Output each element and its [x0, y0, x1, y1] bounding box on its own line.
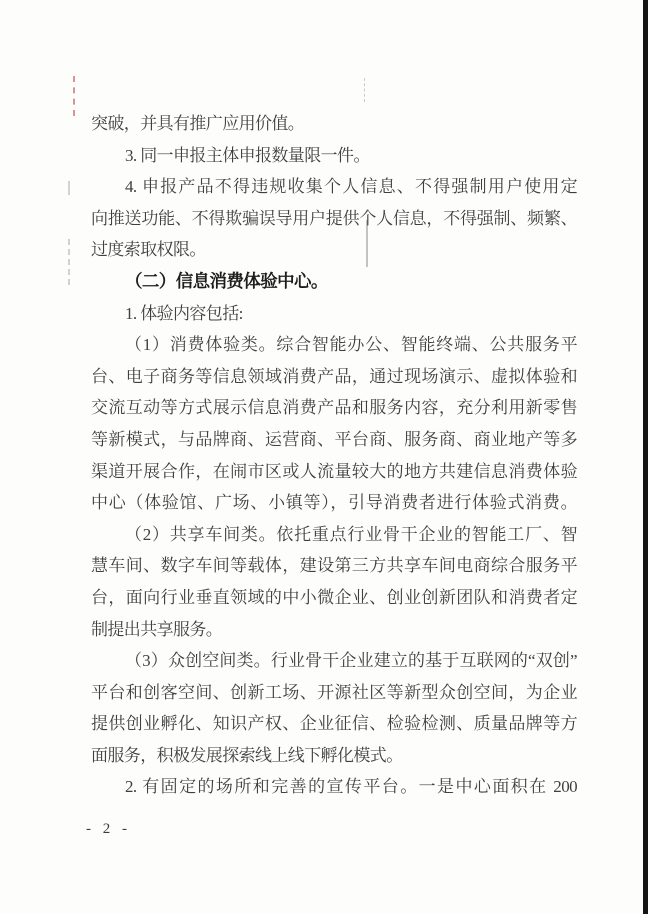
scan-edge-strip: [643, 0, 648, 914]
scan-artifact-left-dashes: [68, 239, 70, 285]
text-line: 向推送功能、不得欺骗误导用户提供个人信息，不得强制、频繁、: [91, 203, 577, 235]
text-line: 交流互动等方式展示信息消费产品和服务内容，充分利用新零售: [91, 392, 577, 424]
text-line: （1）消费体验类。综合智能办公、智能终端、公共服务平: [91, 329, 577, 361]
text-line: 3. 同一申报主体申报数量限一件。: [91, 140, 577, 172]
document-page: 突破，并具有推广应用价值。 3. 同一申报主体申报数量限一件。 4. 申报产品不…: [0, 0, 648, 914]
text-line: 台、电子商务等信息领域消费产品，通过现场演示、虚拟体验和: [91, 361, 577, 393]
text-line: 台，面向行业垂直领域的中小微企业、创业创新团队和消费者定: [91, 582, 577, 614]
page-number: - 2 -: [86, 821, 131, 838]
scan-artifact-left-tick: [68, 181, 70, 195]
text-line: 提供创业孵化、知识产权、企业征信、检验检测、质量品牌等方: [91, 708, 577, 740]
text-line: 过度索取权限。: [91, 234, 577, 266]
text-line: （2）共享车间类。依托重点行业骨干企业的智能工厂、智: [91, 519, 577, 551]
text-line: 中心（体验馆、广场、小镇等），引导消费者进行体验式消费。: [91, 487, 577, 519]
text-line: 慧车间、数字车间等载体，建设第三方共享车间电商综合服务平: [91, 550, 577, 582]
text-line: 平台和创客空间、创新工场、开源社区等新型众创空间，为企业: [91, 677, 577, 709]
text-line: 等新模式，与品牌商、运营商、平台商、服务商、商业地产等多: [91, 424, 577, 456]
text-line: 制提出共享服务。: [91, 614, 577, 646]
text-line: 渠道开展合作，在闹市区或人流量较大的地方共建信息消费体验: [91, 456, 577, 488]
text-line: 1. 体验内容包括:: [91, 298, 577, 330]
text-line: 4. 申报产品不得违规收集个人信息、不得强制用户使用定: [91, 171, 577, 203]
text-line: 面服务，积极发展探索线上线下孵化模式。: [91, 740, 577, 772]
text-line: 突破，并具有推广应用价值。: [91, 108, 577, 140]
text-line: （3）众创空间类。行业骨干企业建立的基于互联网的“双创”: [91, 645, 577, 677]
section-heading: （二）信息消费体验中心。: [91, 266, 577, 298]
text-line: 2. 有固定的场所和完善的宣传平台。一是中心面积在 200: [91, 771, 577, 803]
document-body: 突破，并具有推广应用价值。 3. 同一申报主体申报数量限一件。 4. 申报产品不…: [91, 108, 577, 803]
scan-artifact-fold-mark-top: [364, 78, 365, 102]
scan-artifact-red-dash: [73, 76, 75, 116]
